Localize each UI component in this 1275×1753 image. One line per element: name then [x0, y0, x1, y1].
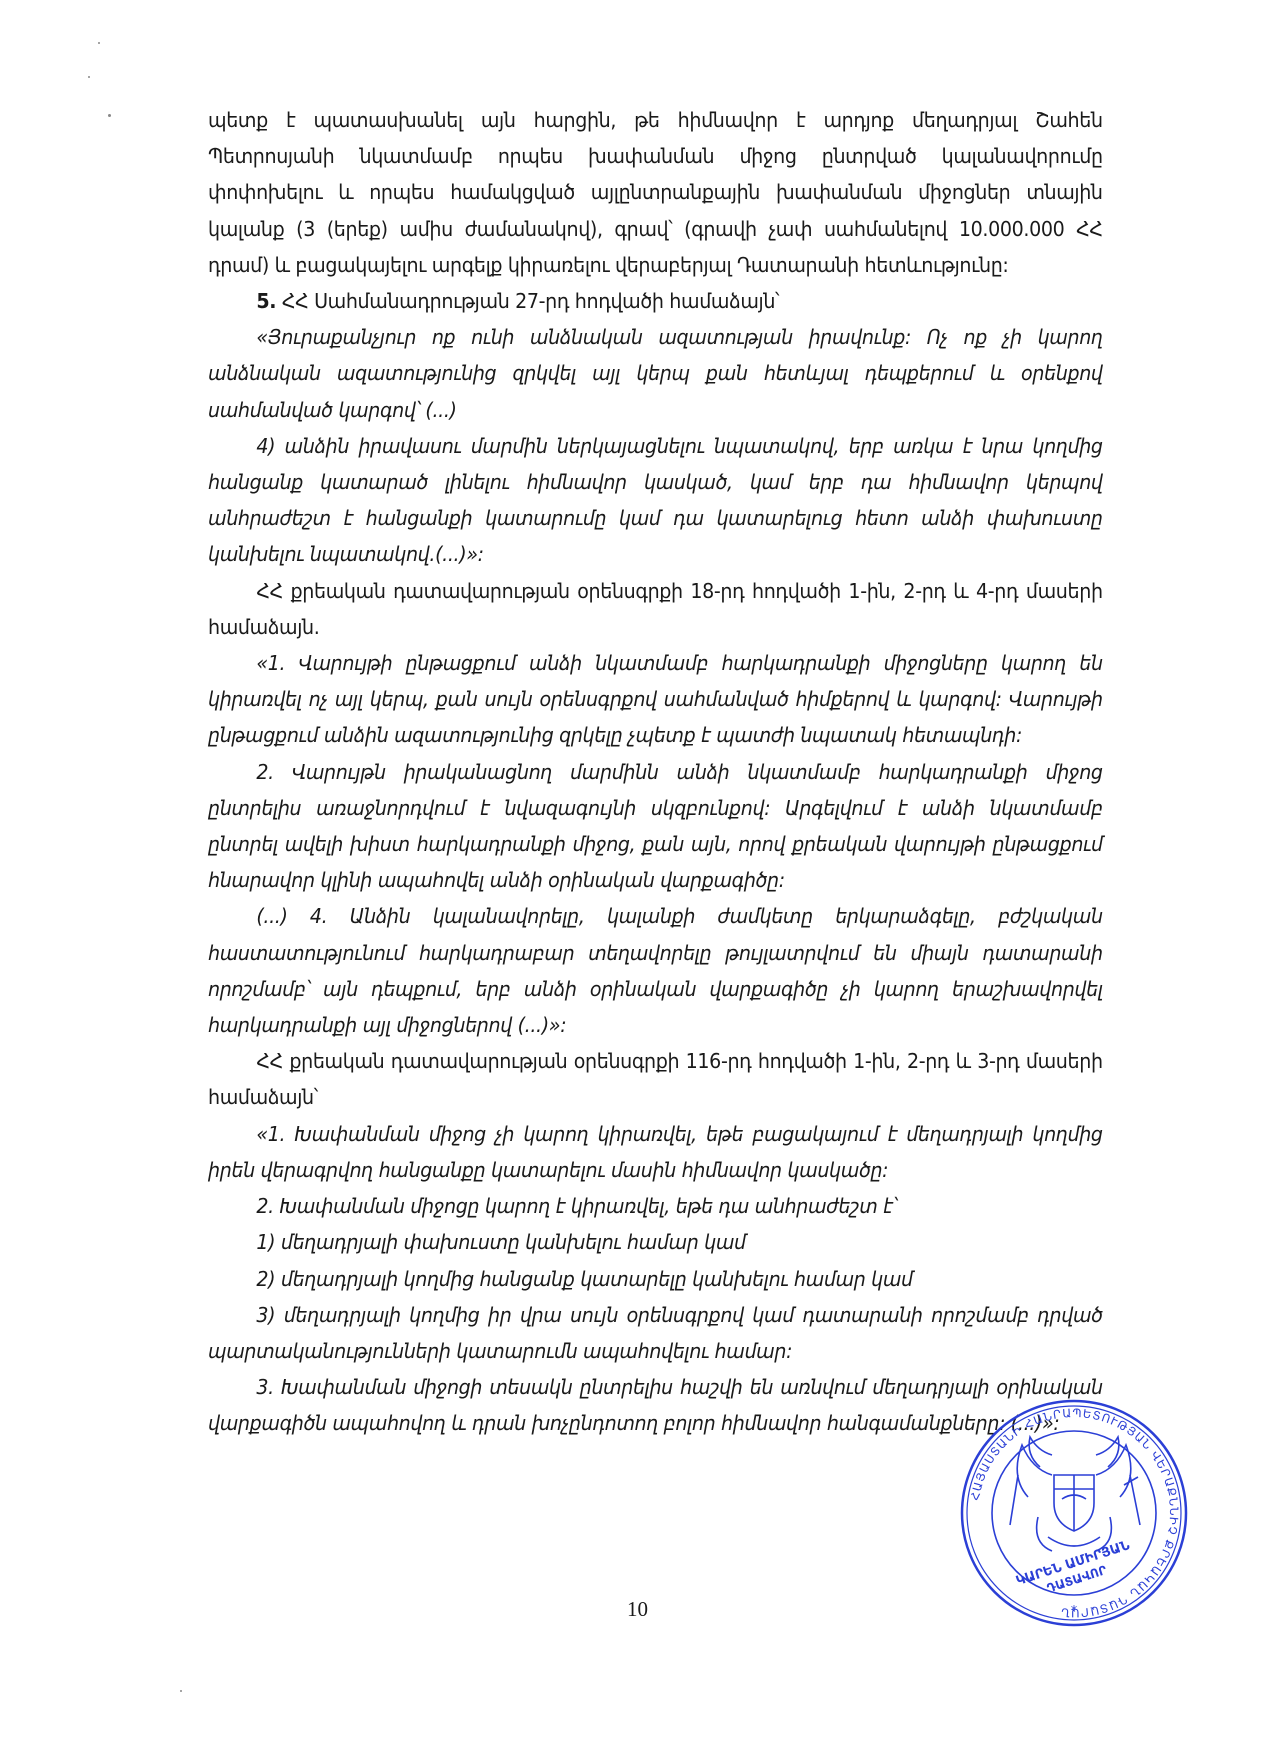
paragraph-text: 4) անձին իրավասու մարմին ներկայացնելու ն… [208, 434, 1103, 567]
section-number: 5. [256, 289, 276, 313]
paragraph: ՀՀ քրեական դատավարության օրենսգրքի 18-րդ… [208, 573, 1103, 645]
paragraph-text: ՀՀ քրեական դատավարության օրենսգրքի 116-ր… [208, 1049, 1103, 1109]
paragraph-text: 2) մեղադրյալի կողմից հանցանք կատարելը կա… [256, 1267, 912, 1291]
paragraph-text: 2. Վարույթն իրականացնող մարմինն անձի նկա… [208, 760, 1103, 893]
scan-speck [108, 114, 111, 117]
paragraph-text: 1) մեղադրյալի փախուստը կանխելու համար կա… [256, 1230, 745, 1254]
paragraph-text: «Յուրաքանչյուր ոք ունի անձնական ազատությ… [208, 325, 1103, 421]
paragraph: 2. Խափանման միջոցը կարող է կիրառվել, եթե… [208, 1188, 1103, 1224]
paragraph-text: «1. Վարույթի ընթացքում անձի նկատմամբ հար… [208, 651, 1103, 747]
paragraph: (...) 4. Անձին կալանավորելը, կալանքի ժամ… [208, 898, 1103, 1043]
paragraph-text: պետք է պատասխանել այն հարցին, թե հիմնավո… [208, 108, 1103, 277]
paragraph: «1. Խափանման միջոց չի կարող կիրառվել, եթ… [208, 1116, 1103, 1188]
paragraph-text: 2. Խափանման միջոցը կարող է կիրառվել, եթե… [256, 1194, 896, 1218]
paragraph: 1) մեղադրյալի փախուստը կանխելու համար կա… [208, 1224, 1103, 1260]
paragraph: պետք է պատասխանել այն հարցին, թե հիմնավո… [208, 102, 1103, 283]
paragraph: 5. ՀՀ Սահմանադրության 27-րդ հոդվածի համա… [208, 283, 1103, 319]
official-seal-stamp-icon: ՀԱՅԱՍՏԱՆԻ ՀԱՆՐԱՊԵՏՈՒԹՅԱՆ ՎԵՐԱՔՆՆԻՉ ՔՐԵԱԿ… [958, 1397, 1190, 1629]
paragraph: «1. Վարույթի ընթացքում անձի նկատմամբ հար… [208, 645, 1103, 754]
paragraph: 2) մեղադրյալի կողմից հանցանք կատարելը կա… [208, 1261, 1103, 1297]
document-page: պետք է պատասխանել այն հարցին, թե հիմնավո… [0, 0, 1275, 1753]
paragraph: 4) անձին իրավասու մարմին ներկայացնելու ն… [208, 428, 1103, 573]
paragraph-text: ՀՀ քրեական դատավարության օրենսգրքի 18-րդ… [208, 579, 1103, 639]
paragraph-text: «1. Խափանման միջոց չի կարող կիրառվել, եթ… [208, 1122, 1103, 1182]
document-body: պետք է պատասխանել այն հարցին, թե հիմնավո… [208, 102, 1103, 1442]
scan-speck [98, 42, 100, 44]
stamp-star-icon: * [1071, 1604, 1078, 1619]
paragraph: «Յուրաքանչյուր ոք ունի անձնական ազատությ… [208, 319, 1103, 428]
paragraph: 3) մեղադրյալի կողմից իր վրա սույն օրենսգ… [208, 1297, 1103, 1369]
paragraph-text: 3) մեղադրյալի կողմից իր վրա սույն օրենսգ… [208, 1303, 1103, 1363]
scan-speck [88, 76, 90, 78]
paragraph: 2. Վարույթն իրականացնող մարմինն անձի նկա… [208, 754, 1103, 899]
paragraph-text: (...) 4. Անձին կալանավորելը, կալանքի ժամ… [208, 904, 1103, 1037]
scan-speck [180, 1690, 182, 1692]
paragraph: ՀՀ քրեական դատավարության օրենսգրքի 116-ր… [208, 1043, 1103, 1115]
paragraph-text: ՀՀ Սահմանադրության 27-րդ հոդվածի համաձայ… [276, 289, 779, 313]
